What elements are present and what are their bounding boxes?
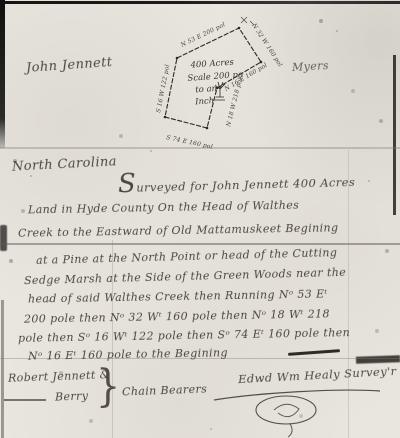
closing-flourish-dash [288, 349, 340, 356]
body-line-1: Land in Hyde County On the Head of Walth… [28, 199, 299, 217]
chain-bearer-name-2: Berry [55, 389, 89, 403]
state-heading: North Carolina [12, 154, 118, 174]
bearing-label-top-right: N 32 W 160 pol [250, 21, 284, 68]
scale-label-3: Inch [194, 96, 215, 107]
bearing-label-left: S 16 W 122 pol [155, 64, 171, 114]
body-line-5: head of said Walthes Creek then Running … [28, 287, 328, 305]
body-line-4: Sedge Marsh at the Side of the Green Woo… [24, 266, 346, 287]
chain-bearers-role-label: Chain Bearers [122, 383, 208, 399]
signature-flourish [212, 384, 387, 438]
acreage-label: 400 Acres [189, 58, 235, 71]
body-line-7: pole then Sᵒ 16 Wᵗ 122 pole then Sᵒ 74 E… [18, 326, 350, 345]
body-line-2: Creek to the Eastward of Old Mattamuskee… [18, 221, 339, 240]
scan-edge-right [393, 55, 396, 215]
scan-edge-left-lower [1, 300, 4, 438]
owner-name-left: John Jennett [26, 55, 113, 76]
scan-edge-top [0, 1, 400, 4]
chain-bearer-underline [4, 399, 46, 401]
scan-edge-left [0, 0, 5, 148]
chain-bearers-brace: } [96, 361, 121, 412]
scan-smudge-right [356, 355, 400, 364]
bearing-label-bottom: S 74 E 160 pol [166, 134, 214, 151]
chain-bearer-name-1: Robert Jennett & [8, 368, 110, 385]
margin-name-right: Myers [292, 59, 330, 74]
scan-stain-left [0, 225, 7, 251]
plat-drawing: N 53 E 200 pol N 32 W 160 pol N 16 E 160… [140, 5, 315, 153]
scanned-survey-document: N 53 E 200 pol N 32 W 160 pol N 16 E 160… [0, 0, 400, 438]
scale-label-2: to an [195, 84, 217, 95]
fold-line-2 [0, 243, 400, 245]
body-line-6: 200 pole then Nᵒ 32 Wᵗ 160 pole then Nᵒ … [24, 307, 330, 325]
body-line-3: at a Pine at the North Point or head of … [36, 246, 338, 267]
body-line-8: Nᵒ 16 Eᵗ 160 pole to the Begining [28, 346, 228, 362]
paper-speckles [0, 0, 2, 2]
surveyor-signature: Edwd Wm Healy Survey'r [238, 364, 397, 386]
survey-opening-line: Surveyed for John Jennett 400 Acres [118, 173, 356, 195]
